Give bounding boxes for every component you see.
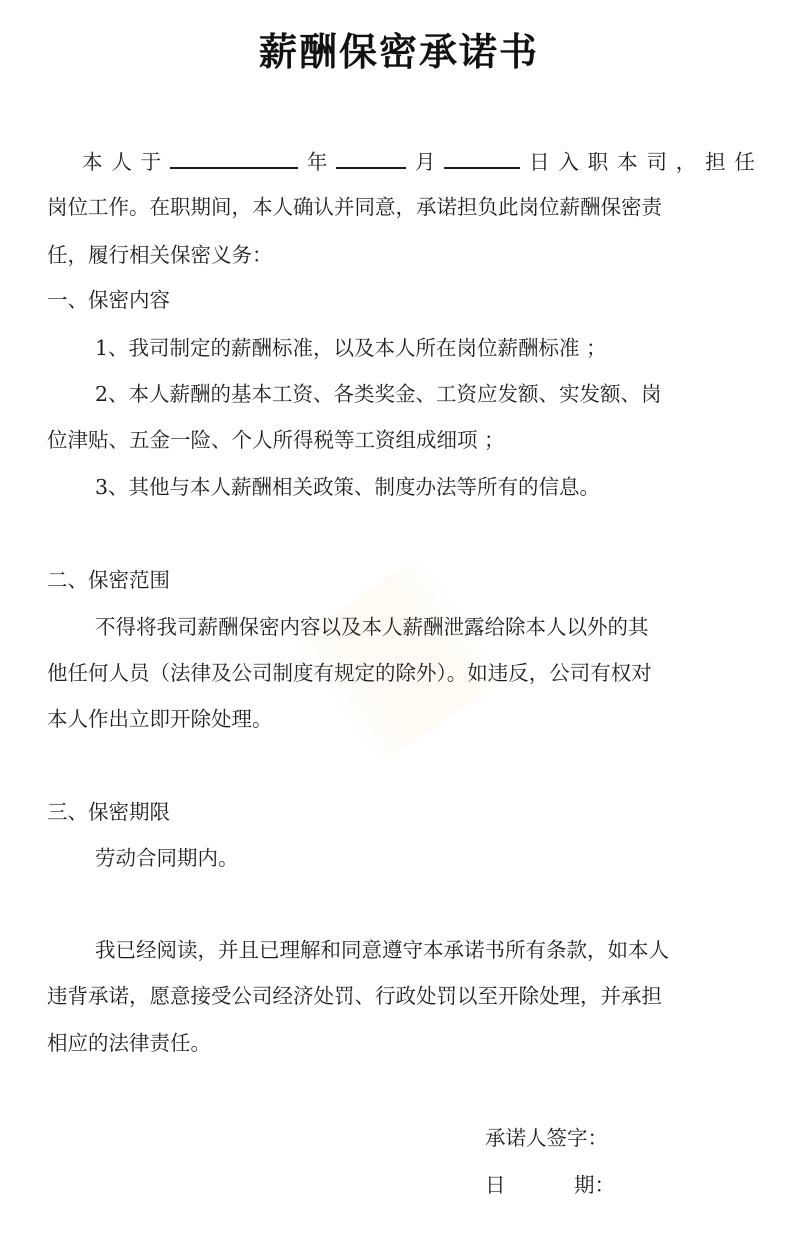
document-title: 薪酬保密承诺书: [0, 28, 798, 76]
intro-prefix-char: 于: [141, 147, 162, 177]
intro-prefix-char: 人: [111, 147, 132, 177]
intro-line-2: 岗位工作。在职期间，本人确认并同意，承诺担负此岗位薪酬保密责: [47, 192, 755, 222]
signature-date-row: 日 期：: [485, 1170, 615, 1200]
section-3-body: 劳动合同期内。: [95, 843, 755, 873]
signer-signature-label: 承诺人签字：: [485, 1123, 608, 1153]
closing-line-3: 相应的法律责任。: [47, 1028, 755, 1058]
section-1-item-2-line-1: 2、本人薪酬的基本工资、各类奖金、工资应发额、实发额、岗: [95, 379, 755, 409]
intro-suffix-char: 本: [617, 147, 638, 177]
intro-suffix-char: 司: [646, 147, 667, 177]
section-2-body-line-3: 本人作出立即开除处理。: [47, 704, 755, 734]
section-1-item-2-line-2: 位津贴、五金一险、个人所得税等工资组成细项 ；: [47, 425, 755, 455]
section-1-heading: 一、保密内容: [47, 285, 755, 315]
intro-suffix-char: 担: [705, 147, 726, 177]
intro-suffix-char: ，: [676, 147, 697, 177]
intro-suffix-char: 日: [529, 147, 550, 177]
closing-line-2: 违背承诺，愿意接受公司经济处罚、行政处罚以至开除处理，并承担: [47, 981, 755, 1011]
year-label: 年: [307, 147, 328, 177]
month-label: 月: [415, 147, 436, 177]
intro-suffix-char: 入: [558, 147, 579, 177]
section-3-heading: 三、保密期限: [47, 797, 755, 827]
intro-line-3: 任，履行相关保密义务：: [47, 240, 755, 270]
closing-line-1: 我已经阅读，并且已理解和同意遵守本承诺书所有条款，如本人: [95, 935, 755, 965]
date-label-left: 日: [485, 1170, 506, 1200]
intro-suffix-char: 职: [588, 147, 609, 177]
section-2-heading: 二、保密范围: [47, 565, 755, 595]
date-label-right: 期：: [574, 1170, 615, 1200]
day-blank-field[interactable]: [444, 145, 520, 169]
section-1-item-3: 3、其他与本人薪酬相关政策、制度办法等所有的信息。: [95, 472, 755, 502]
document-page: 薪酬保密承诺书 本 人 于 年 月 日 入 职 本 司 ， 担 任 岗位工作。在…: [0, 0, 798, 1240]
month-blank-field[interactable]: [336, 145, 406, 169]
section-2-body-line-2: 他任何人员（法律及公司制度有规定的除外）。如违反，公司有权对: [47, 658, 755, 688]
section-1-item-1: 1、我司制定的薪酬标准，以及本人所在岗位薪酬标准 ；: [95, 333, 755, 363]
intro-prefix-char: 本: [82, 147, 103, 177]
year-blank-field[interactable]: [170, 145, 298, 169]
intro-line-1: 本 人 于 年 月 日 入 职 本 司 ， 担 任: [82, 145, 755, 175]
intro-suffix-char: 任: [734, 147, 755, 177]
section-2-body-line-1: 不得将我司薪酬保密内容以及本人薪酬泄露给除本人以外的其: [95, 612, 755, 642]
